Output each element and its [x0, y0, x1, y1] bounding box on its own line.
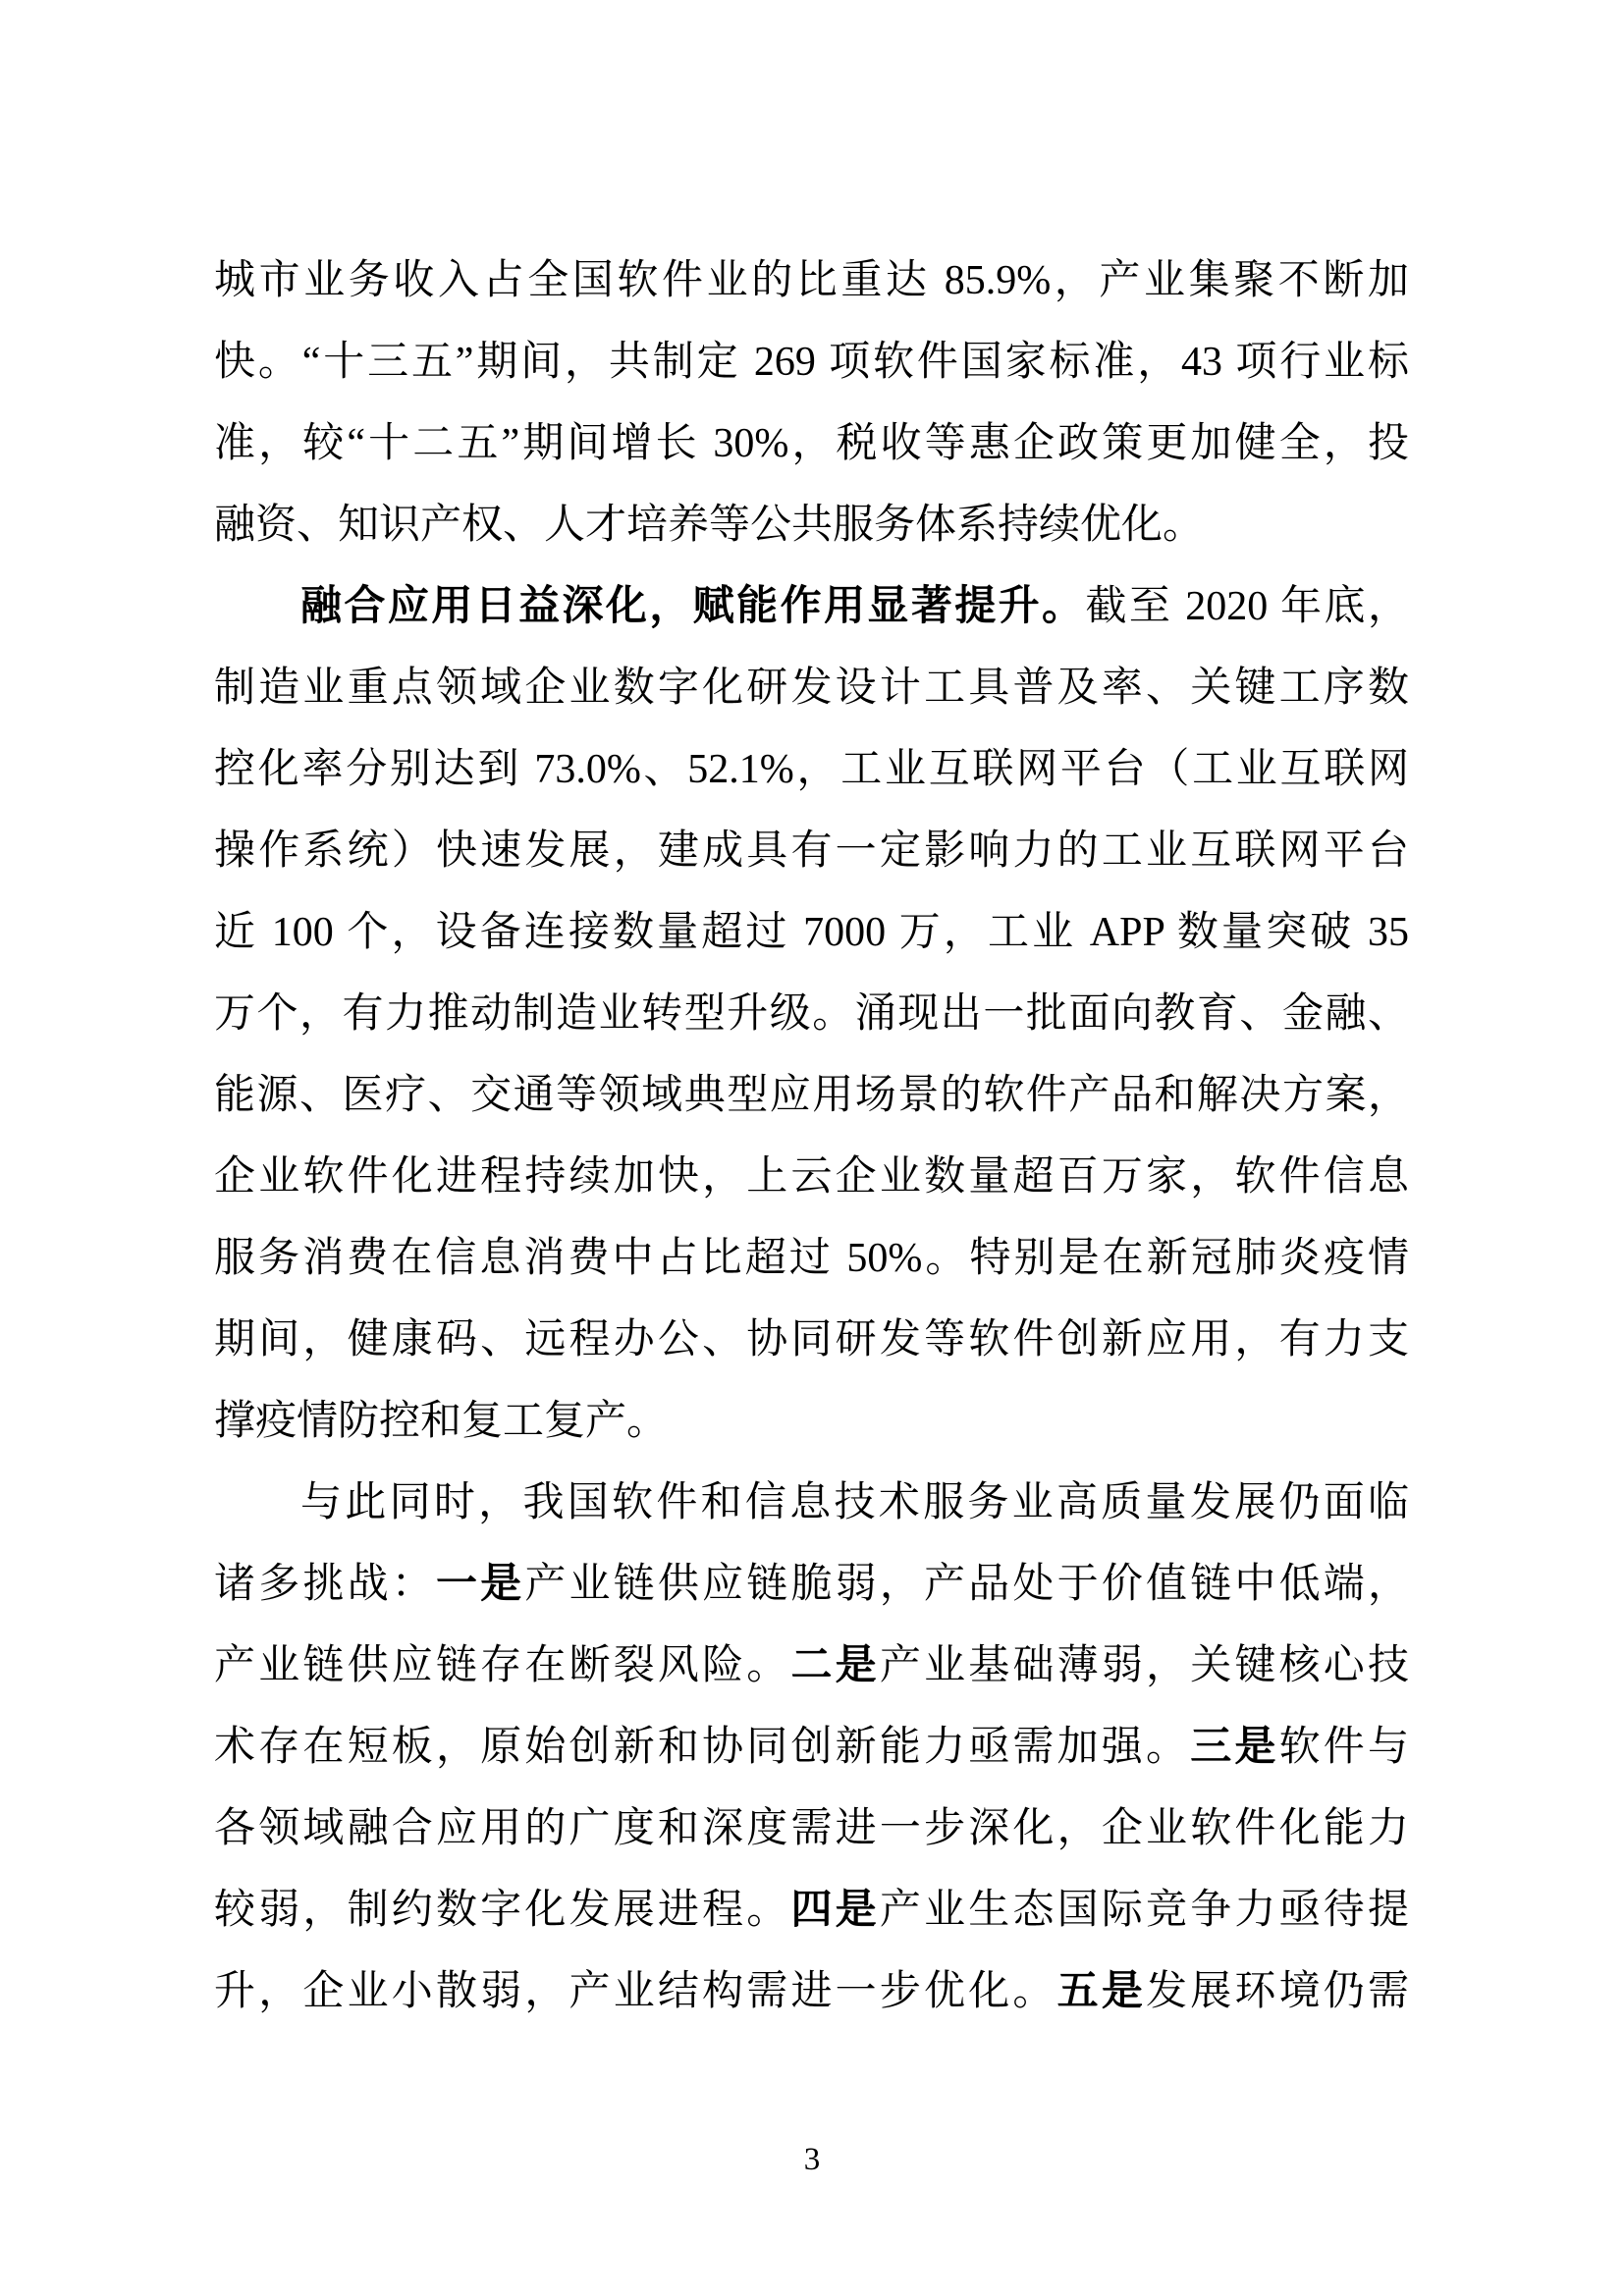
page-number: 3 — [804, 2142, 821, 2177]
body-text: 发展环境仍需 — [1146, 1969, 1409, 2014]
body-text: 制造业重点领域企业数字化研发设计工具普及率、关键工序数 — [214, 666, 1409, 711]
emphasis-text: 四是 — [790, 1888, 879, 1933]
body-text: 企业软件化进程持续加快，上云企业数量超百万家，软件信息 — [214, 1154, 1409, 1200]
body-text: 产业链供应链存在断裂风险。 — [214, 1643, 790, 1688]
body-text: 快。“十三五”期间，共制定 269 项软件国家标准，43 项行业标 — [214, 340, 1409, 385]
text-line: 快。“十三五”期间，共制定 269 项软件国家标准，43 项行业标 — [214, 322, 1409, 403]
text-line: 能源、医疗、交通等领域典型应用场景的软件产品和解决方案， — [214, 1055, 1409, 1137]
emphasis-text: 一是 — [436, 1562, 524, 1607]
text-line: 诸多挑战：一是产业链供应链脆弱，产品处于价值链中低端， — [214, 1544, 1409, 1626]
text-line: 升，企业小散弱，产业结构需进一步优化。五是发展环境仍需 — [214, 1951, 1409, 2033]
emphasis-text: 五是 — [1057, 1969, 1146, 2014]
body-text: 融资、知识产权、人才培养等公共服务体系持续优化。 — [214, 503, 1204, 548]
body-text: 与此同时，我国软件和信息技术服务业高质量发展仍面临 — [300, 1480, 1409, 1525]
emphasis-text: 融合应用日益深化，赋能作用显著提升。 — [300, 584, 1085, 629]
text-line: 准，较“十二五”期间增长 30%，税收等惠企政策更加健全，投 — [214, 403, 1409, 485]
body-text: 升，企业小散弱，产业结构需进一步优化。 — [214, 1969, 1057, 2014]
body-text: 产业生态国际竞争力亟待提 — [880, 1888, 1409, 1933]
text-line: 操作系统）快速发展，建成具有一定影响力的工业互联网平台 — [214, 811, 1409, 892]
body-text: 准，较“十二五”期间增长 30%，税收等惠企政策更加健全，投 — [214, 421, 1409, 466]
text-line: 产业链供应链存在断裂风险。二是产业基础薄弱，关键核心技 — [214, 1626, 1409, 1707]
text-line: 万个，有力推动制造业转型升级。涌现出一批面向教育、金融、 — [214, 974, 1409, 1055]
body-text: 撑疫情防控和复工复产。 — [214, 1399, 668, 1444]
body-text: 截至 2020 年底， — [1085, 584, 1409, 629]
text-line: 近 100 个，设备连接数量超过 7000 万，工业 APP 数量突破 35 — [214, 892, 1409, 974]
body-text: 各领域融合应用的广度和深度需进一步深化，企业软件化能力 — [214, 1806, 1409, 1851]
text-line: 城市业务收入占全国软件业的比重达 85.9%，产业集聚不断加 — [214, 240, 1409, 322]
body-text: 期间，健康码、远程办公、协同研发等软件创新应用，有力支 — [214, 1317, 1409, 1362]
text-line: 融合应用日益深化，赋能作用显著提升。截至 2020 年底， — [214, 566, 1409, 648]
document-body: 城市业务收入占全国软件业的比重达 85.9%，产业集聚不断加快。“十三五”期间，… — [214, 240, 1409, 2033]
body-text: 城市业务收入占全国软件业的比重达 85.9%，产业集聚不断加 — [214, 258, 1409, 303]
text-line: 期间，健康码、远程办公、协同研发等软件创新应用，有力支 — [214, 1300, 1409, 1381]
text-line: 与此同时，我国软件和信息技术服务业高质量发展仍面临 — [214, 1463, 1409, 1544]
body-text: 控化率分别达到 73.0%、52.1%，工业互联网平台（工业互联网 — [214, 747, 1409, 792]
text-line: 融资、知识产权、人才培养等公共服务体系持续优化。 — [214, 485, 1409, 566]
body-text: 软件与 — [1279, 1725, 1409, 1770]
text-line: 术存在短板，原始创新和协同创新能力亟需加强。三是软件与 — [214, 1707, 1409, 1789]
text-line: 各领域融合应用的广度和深度需进一步深化，企业软件化能力 — [214, 1789, 1409, 1870]
document-page: 城市业务收入占全国软件业的比重达 85.9%，产业集聚不断加快。“十三五”期间，… — [0, 0, 1624, 2296]
body-text: 服务消费在信息消费中占比超过 50%。特别是在新冠肺炎疫情 — [214, 1236, 1409, 1281]
body-text: 近 100 个，设备连接数量超过 7000 万，工业 APP 数量突破 35 — [214, 910, 1409, 955]
text-line: 撑疫情防控和复工复产。 — [214, 1381, 1409, 1463]
body-text: 操作系统）快速发展，建成具有一定影响力的工业互联网平台 — [214, 828, 1409, 874]
body-text: 产业链供应链脆弱，产品处于价值链中低端， — [524, 1562, 1409, 1607]
text-line: 制造业重点领域企业数字化研发设计工具普及率、关键工序数 — [214, 648, 1409, 729]
text-line: 较弱，制约数字化发展进程。四是产业生态国际竞争力亟待提 — [214, 1870, 1409, 1951]
text-line: 控化率分别达到 73.0%、52.1%，工业互联网平台（工业互联网 — [214, 729, 1409, 811]
emphasis-text: 二是 — [790, 1643, 879, 1688]
body-text: 产业基础薄弱，关键核心技 — [880, 1643, 1409, 1688]
page-footer: 3 — [0, 2142, 1624, 2178]
text-line: 服务消费在信息消费中占比超过 50%。特别是在新冠肺炎疫情 — [214, 1218, 1409, 1300]
body-text: 较弱，制约数字化发展进程。 — [214, 1888, 790, 1933]
body-text: 能源、医疗、交通等领域典型应用场景的软件产品和解决方案， — [214, 1073, 1409, 1118]
body-text: 术存在短板，原始创新和协同创新能力亟需加强。 — [214, 1725, 1190, 1770]
body-text: 诸多挑战： — [214, 1562, 436, 1607]
text-line: 企业软件化进程持续加快，上云企业数量超百万家，软件信息 — [214, 1137, 1409, 1218]
body-text: 万个，有力推动制造业转型升级。涌现出一批面向教育、金融、 — [214, 991, 1409, 1037]
emphasis-text: 三是 — [1190, 1725, 1278, 1770]
